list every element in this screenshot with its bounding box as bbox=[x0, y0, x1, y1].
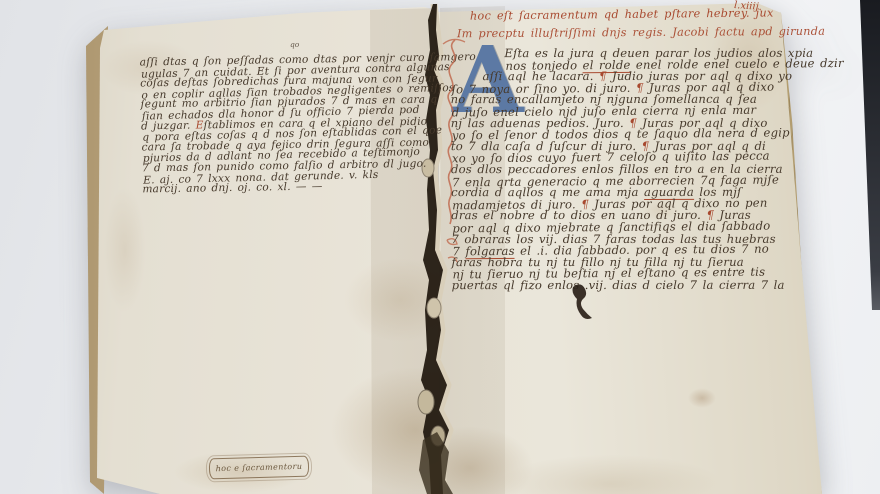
manuscript-text-line: puertas ql fizo enlos .vij. dias d cielo… bbox=[452, 276, 772, 288]
quire-mark: qo bbox=[290, 40, 299, 49]
manuscript-text-line: d juſo enel cielo njd juſo enla cierra n… bbox=[452, 101, 772, 115]
photo-backdrop: qo aſſi dtas q ſon peſſadas como dtas po… bbox=[0, 0, 880, 494]
left-page-text: aſſi dtas q ſon peſſadas como dtas por v… bbox=[140, 49, 438, 193]
manuscript-text-line: por aql q dixo mjebrate q ſanctifiqs el … bbox=[452, 217, 772, 231]
ink-blot bbox=[567, 283, 597, 323]
right-page-text: Eſta es la jura q deuen parar los judios… bbox=[450, 43, 771, 288]
manuscript-text-line: dos dlos peccadores enlos fillos en tro … bbox=[451, 160, 771, 172]
cartouche-text: hoc e ſacramentoru bbox=[216, 462, 303, 473]
manuscript-text-line: Eſta es la jura q deuen parar los judios… bbox=[450, 44, 770, 56]
manuscript-text-segment: puertas ql fizo enlos .vij. dias d cielo… bbox=[452, 278, 785, 292]
sewing-knot bbox=[427, 298, 441, 318]
manuscript-book: qo aſſi dtas q ſon peſſadas como dtas po… bbox=[0, 0, 880, 494]
folio-number: l.xiiij. bbox=[734, 0, 763, 13]
sewing-knot bbox=[418, 390, 434, 414]
label-cartouche: hoc e ſacramentoru bbox=[209, 456, 310, 480]
